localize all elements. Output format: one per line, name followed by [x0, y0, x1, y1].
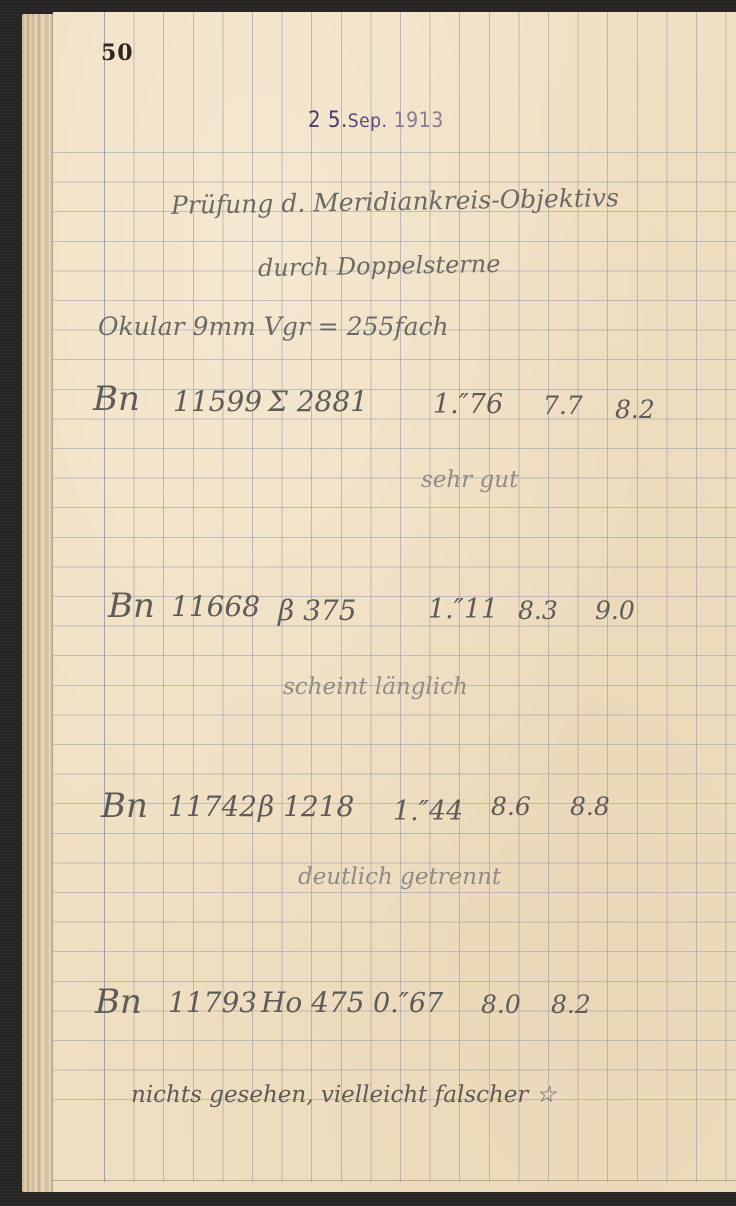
magnitude-secondary: 8.2	[615, 395, 655, 424]
heading-line-1: Prüfung d. Meridiankreis-Objektivs	[171, 183, 619, 220]
star-designation: β 1218	[258, 790, 354, 823]
catalog-label: Bn	[101, 786, 148, 826]
catalog-label: Bn	[93, 379, 140, 419]
observation-remark: sehr gut	[421, 467, 518, 493]
magnitude-primary: 7.7	[543, 391, 583, 420]
heading-line-2: durch Doppelsterne	[258, 250, 501, 282]
bottom-rule	[53, 1180, 736, 1181]
stamp-month: Sep.	[348, 110, 388, 132]
star-designation: Σ 2881	[268, 385, 368, 418]
separation: 1.″11	[428, 594, 498, 625]
date-stamp: 2 5.Sep. 1913	[308, 108, 444, 133]
catalog-number: 11793	[168, 986, 257, 1019]
observation-row: Bn 11599 Σ 2881 1.″76 7.7 8.2	[53, 377, 736, 437]
observation-remark: nichts gesehen, vielleicht falscher ☆	[131, 1082, 556, 1108]
notebook-page: 50 2 5.Sep. 1913 Prüfung d. Meridiankrei…	[53, 12, 736, 1192]
page-number: 50	[101, 40, 134, 66]
star-designation: β 375	[278, 594, 357, 627]
magnitude-primary: 8.6	[491, 792, 531, 821]
observation-remark: scheint länglich	[283, 674, 468, 700]
stamp-day: 2 5.	[308, 108, 348, 133]
observation-row: Bn 11668 β 375 1.″11 8.3 9.0	[53, 584, 736, 644]
magnitude-secondary: 9.0	[595, 596, 635, 625]
magnitude-secondary: 8.8	[570, 792, 610, 821]
magnitude-primary: 8.0	[481, 990, 521, 1019]
catalog-number: 11599	[173, 385, 262, 418]
stamp-year: 1913	[394, 108, 444, 132]
observation-remark: deutlich getrennt	[298, 864, 501, 890]
observation-row: Bn 11742 β 1218 1.″44 8.6 8.8	[53, 784, 736, 844]
catalog-label: Bn	[108, 586, 155, 626]
ocular-magnification-line: Okular 9mm Vgr = 255fach	[98, 312, 449, 341]
separation: 0.″67	[373, 988, 443, 1019]
catalog-number: 11668	[171, 590, 260, 623]
separation: 1.″44	[393, 796, 463, 827]
magnitude-primary: 8.3	[518, 596, 558, 625]
star-designation: Ho 475	[261, 986, 365, 1019]
catalog-number: 11742	[168, 790, 257, 823]
catalog-label: Bn	[95, 982, 142, 1022]
observation-row: Bn 11793 Ho 475 0.″67 8.0 8.2	[53, 980, 736, 1040]
magnitude-secondary: 8.2	[551, 990, 591, 1019]
separation: 1.″76	[433, 389, 503, 420]
